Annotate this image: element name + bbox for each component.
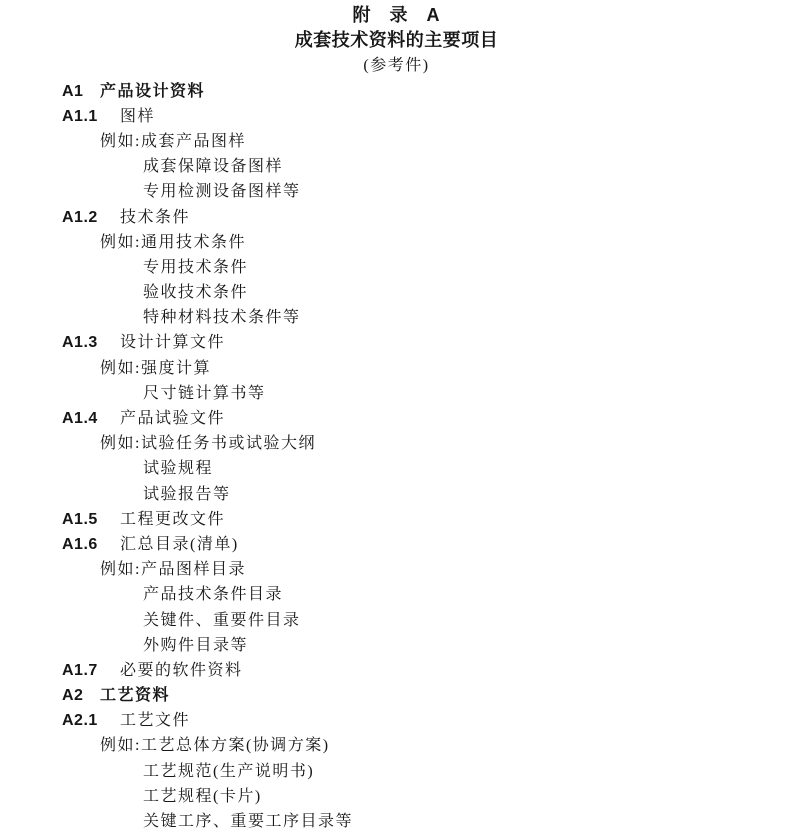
example-item: 试验报告等: [62, 482, 793, 507]
example-item: 关键件、重要件目录: [62, 608, 793, 633]
clause-title: 技术条件: [120, 209, 190, 226]
clause-number: A1.4: [62, 406, 120, 431]
example-item: 专用技术条件: [62, 255, 793, 280]
section-heading: A1产品设计资料: [62, 79, 793, 104]
example-item: 外购件目录等: [62, 633, 793, 658]
clause-title: 产品试验文件: [120, 410, 225, 427]
clause-number: A1.6: [62, 532, 120, 557]
example-item: 特种材料技术条件等: [62, 305, 793, 330]
clause-number: A2.1: [62, 708, 120, 733]
example-line: 例如:产品图样目录: [62, 557, 793, 582]
example-line: 例如:工艺总体方案(协调方案): [62, 733, 793, 758]
example-item: 工艺规程(卡片): [62, 784, 793, 809]
clause-title: 设计计算文件: [120, 334, 225, 351]
appendix-title: 附 录 A: [0, 3, 793, 28]
clause-heading: A2.1工艺文件: [62, 708, 793, 733]
section-heading: A2工艺资料: [62, 683, 793, 708]
clause-heading: A1.6汇总目录(清单): [62, 532, 793, 557]
clause-title: 必要的软件资料: [120, 662, 243, 679]
example-item: 关键工序、重要工序目录等: [62, 809, 793, 834]
clause-heading: A1.4产品试验文件: [62, 406, 793, 431]
document-main-title: 成套技术资料的主要项目: [0, 28, 793, 53]
clause-heading: A1.2技术条件: [62, 205, 793, 230]
clause-heading: A1.5工程更改文件: [62, 507, 793, 532]
example-item: 产品技术条件目录: [62, 582, 793, 607]
example-item: 专用检测设备图样等: [62, 179, 793, 204]
clause-heading: A1.7必要的软件资料: [62, 658, 793, 683]
clause-number: A1.2: [62, 205, 120, 230]
clause-title: 图样: [120, 108, 155, 125]
example-item: 成套保障设备图样: [62, 154, 793, 179]
clause-number: A1: [62, 79, 100, 104]
clause-title: 工艺资料: [100, 687, 170, 704]
clause-heading: A1.3设计计算文件: [62, 330, 793, 355]
clause-number: A1.3: [62, 330, 120, 355]
example-item: 尺寸链计算书等: [62, 381, 793, 406]
example-item: 工艺规范(生产说明书): [62, 759, 793, 784]
clause-number: A1.5: [62, 507, 120, 532]
clause-title: 产品设计资料: [100, 83, 205, 100]
clause-title: 工程更改文件: [120, 511, 225, 528]
clause-title: 工艺文件: [120, 712, 190, 729]
clause-number: A1.7: [62, 658, 120, 683]
reference-note: (参考件): [0, 53, 793, 78]
example-line: 例如:试验任务书或试验大纲: [62, 431, 793, 456]
example-item: 验收技术条件: [62, 280, 793, 305]
clause-heading: A1.1图样: [62, 104, 793, 129]
document-page: 附 录 A 成套技术资料的主要项目 (参考件) A1产品设计资料A1.1图样例如…: [0, 0, 793, 835]
example-line: 例如:强度计算: [62, 356, 793, 381]
clause-title: 汇总目录(清单): [120, 536, 239, 553]
document-body: A1产品设计资料A1.1图样例如:成套产品图样成套保障设备图样专用检测设备图样等…: [62, 79, 793, 835]
example-line: 例如:通用技术条件: [62, 230, 793, 255]
example-line: 例如:成套产品图样: [62, 129, 793, 154]
example-item: 试验规程: [62, 456, 793, 481]
clause-number: A1.1: [62, 104, 120, 129]
clause-number: A2: [62, 683, 100, 708]
